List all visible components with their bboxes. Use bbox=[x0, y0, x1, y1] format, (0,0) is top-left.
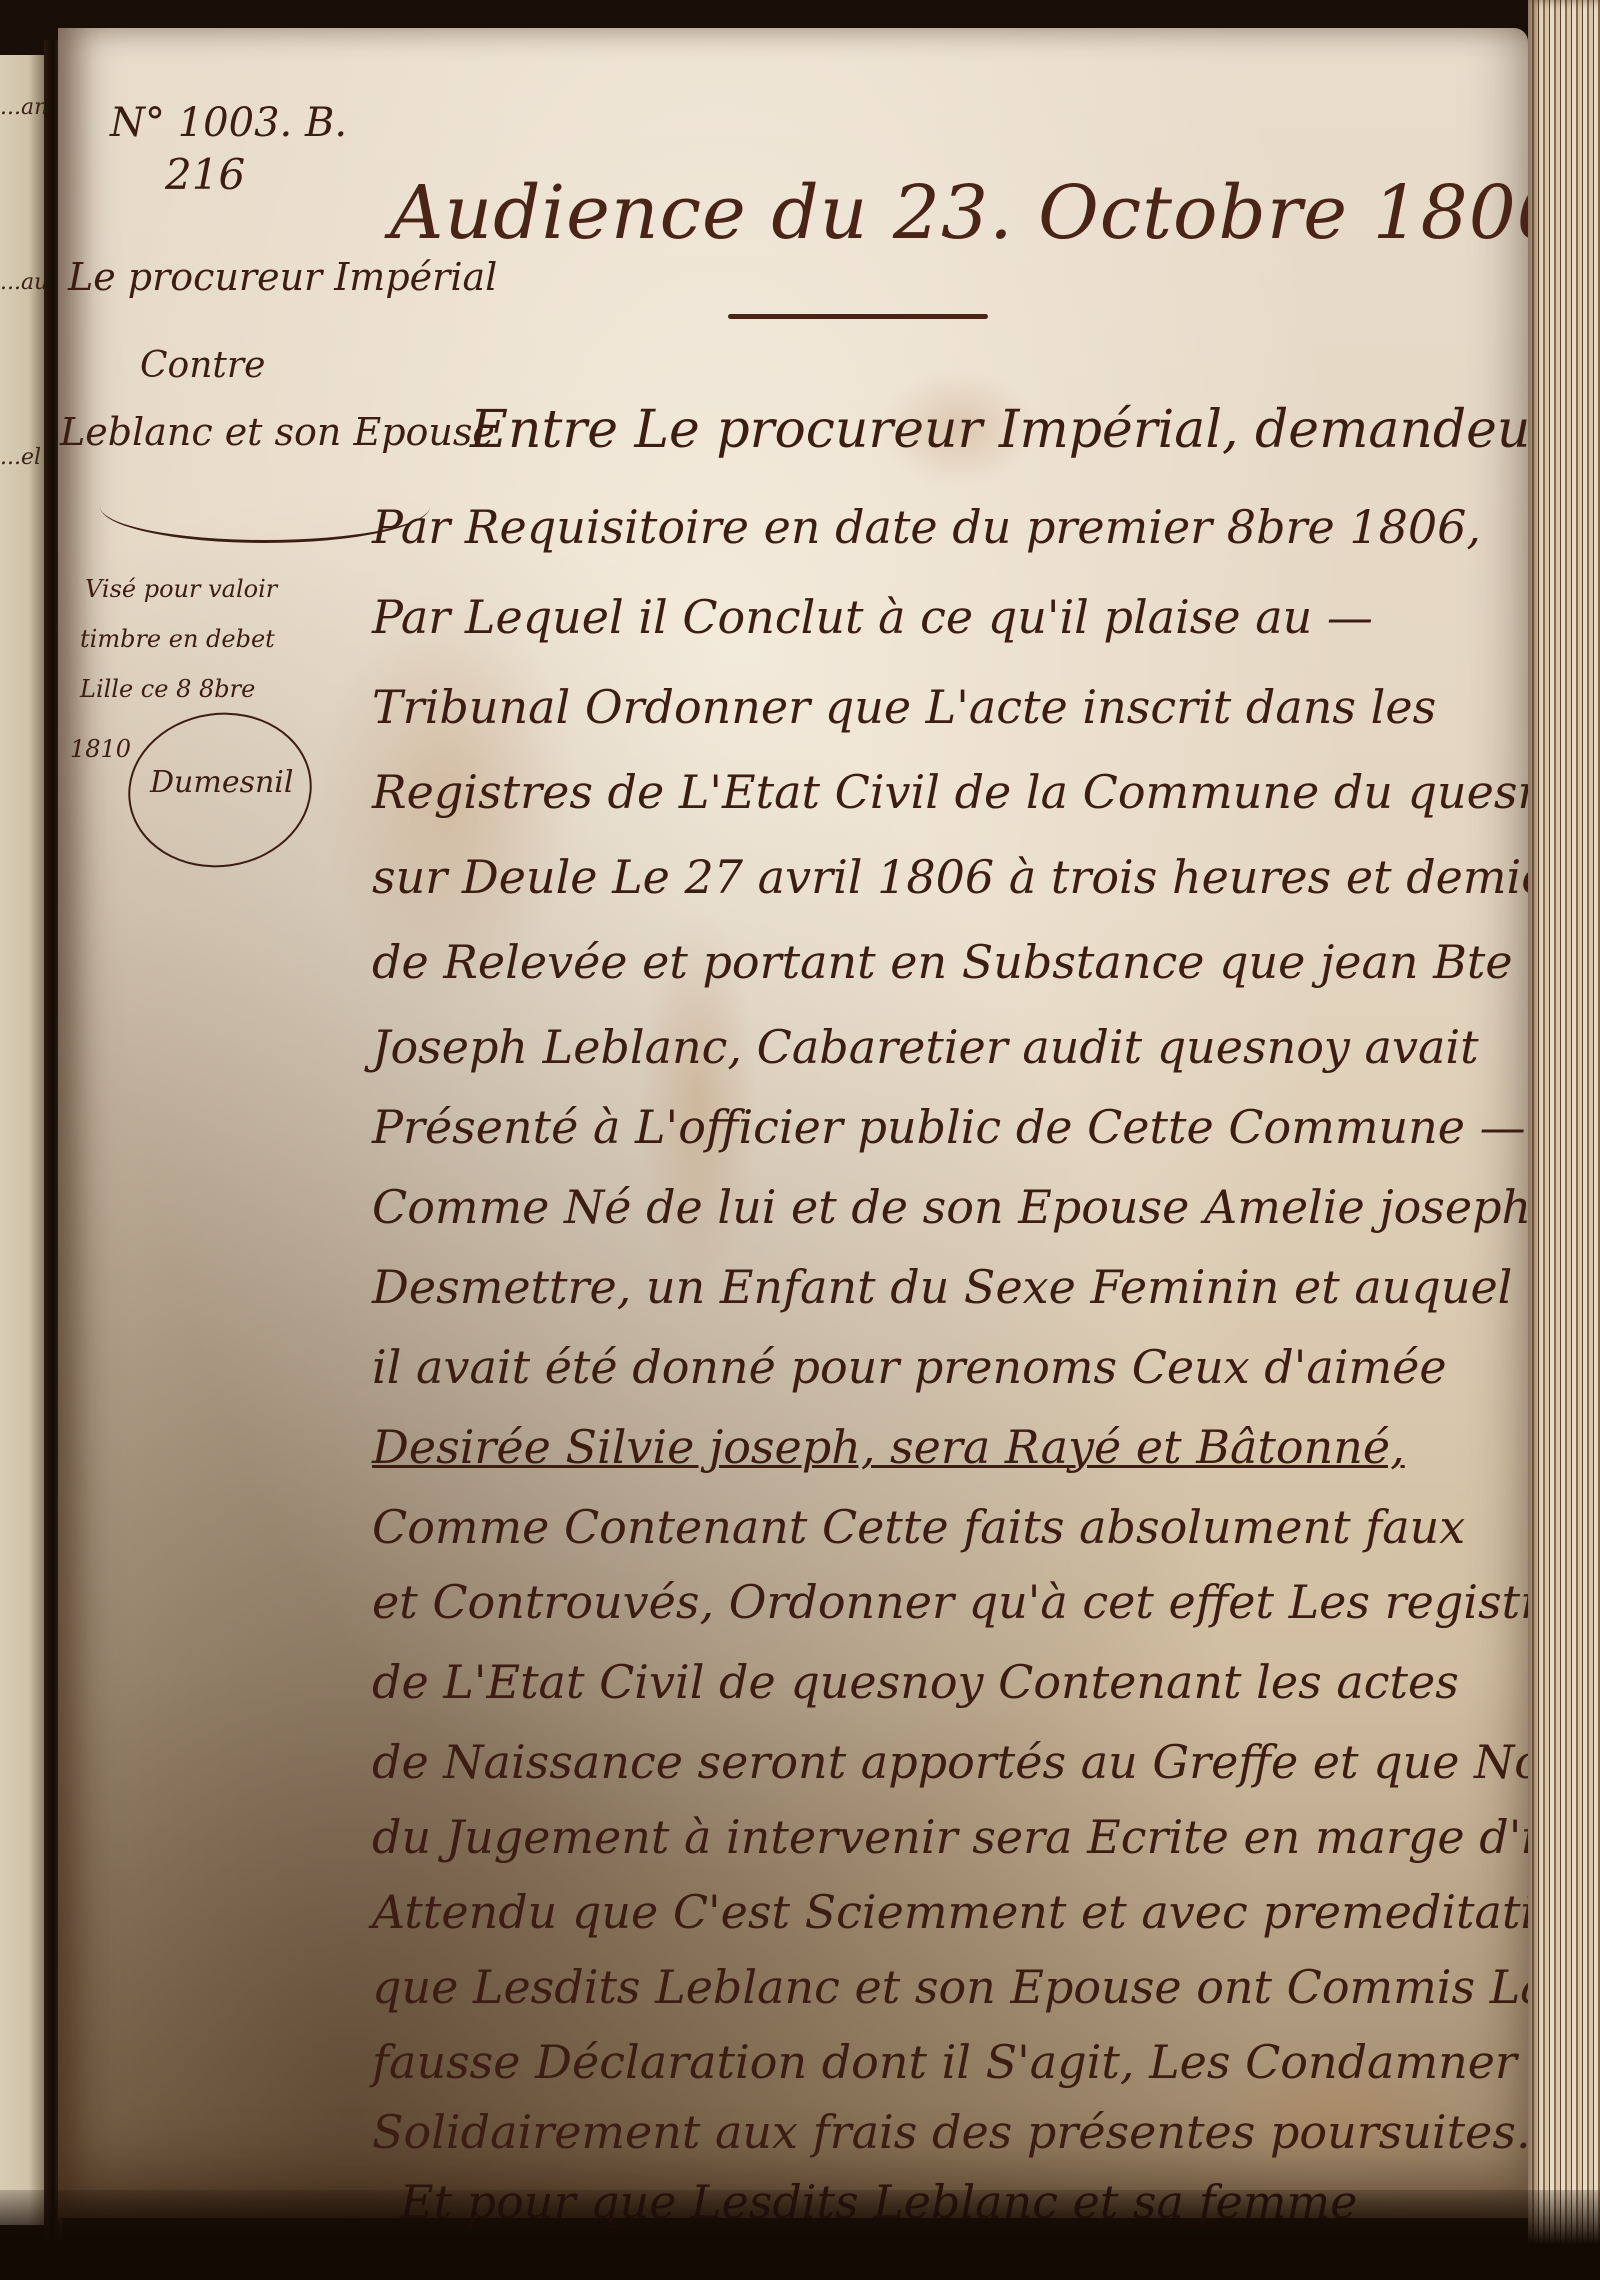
body-line: Comme Contenant Cette faits absolument f… bbox=[372, 1500, 1465, 1554]
body-line: il avait été donné pour prenoms Ceux d'a… bbox=[372, 1340, 1447, 1394]
left-page-fragment: ...ant bbox=[0, 95, 46, 120]
body-line: Par Lequel il Conclut à ce qu'il plaise … bbox=[372, 590, 1373, 644]
body-line: du Jugement à intervenir sera Ecrite en … bbox=[372, 1810, 1600, 1864]
case-party-plaintiff: Le procureur Impérial bbox=[68, 255, 497, 299]
body-line: Tribunal Ordonner que L'acte inscrit dan… bbox=[372, 680, 1436, 734]
body-line: de Relevée et portant en Substance que j… bbox=[372, 935, 1513, 989]
body-line: Joseph Leblanc, Cabaretier audit quesnoy… bbox=[372, 1020, 1479, 1074]
body-line: et Controuvés, Ordonner qu'à cet effet L… bbox=[372, 1575, 1593, 1629]
margin-note-line: Lille ce 8 8bre bbox=[80, 675, 255, 703]
body-line: Registres de L'Etat Civil de la Commune … bbox=[372, 765, 1600, 819]
body-line: Par Requisitoire en date du premier 8bre… bbox=[372, 500, 1481, 554]
page-title: Audience du 23. Octobre 1806. bbox=[390, 170, 1589, 256]
body-line: Comme Né de lui et de son Epouse Amelie … bbox=[372, 1180, 1592, 1234]
bottom-shadow bbox=[0, 2190, 1600, 2280]
title-rule bbox=[728, 314, 988, 319]
margin-note-line: timbre en debet bbox=[80, 625, 275, 653]
body-line: fausse Déclaration dont il S'agit, Les C… bbox=[372, 2035, 1517, 2089]
left-page-fragment: ...el bbox=[0, 445, 46, 470]
previous-page-edge: ...ant ...aut, ...el bbox=[0, 55, 48, 2225]
margin-note-line: 1810 bbox=[70, 735, 131, 763]
body-line-underlined: Desirée Silvie joseph, sera Rayé et Bâto… bbox=[372, 1420, 1405, 1474]
body-line: de Naissance seront apportés au Greffe e… bbox=[372, 1735, 1588, 1789]
case-party-defendant: Leblanc et son Epouse bbox=[60, 410, 495, 454]
case-versus: Contre bbox=[140, 345, 265, 386]
body-line: Présenté à L'officier public de Cette Co… bbox=[372, 1100, 1526, 1154]
body-line: sur Deule Le 27 avril 1806 à trois heure… bbox=[372, 850, 1548, 904]
body-line: Desmettre, un Enfant du Sexe Feminin et … bbox=[372, 1260, 1512, 1314]
body-line: Solidairement aux frais des présentes po… bbox=[372, 2105, 1531, 2159]
left-page-fragment: ...aut, bbox=[0, 270, 46, 295]
margin-note-line: Visé pour valoir bbox=[85, 575, 277, 603]
body-line: Attendu que C'est Sciemment et avec prem… bbox=[372, 1885, 1592, 1939]
page-block-edges bbox=[1528, 0, 1600, 2280]
body-line: que Lesdits Leblanc et son Epouse ont Co… bbox=[372, 1960, 1600, 2014]
body-line: de L'Etat Civil de quesnoy Contenant les… bbox=[372, 1655, 1459, 1709]
case-number: 216 bbox=[165, 150, 245, 199]
body-line: Entre Le procureur Impérial, demandeur bbox=[470, 400, 1555, 460]
register-number: N° 1003. B. bbox=[110, 100, 347, 146]
